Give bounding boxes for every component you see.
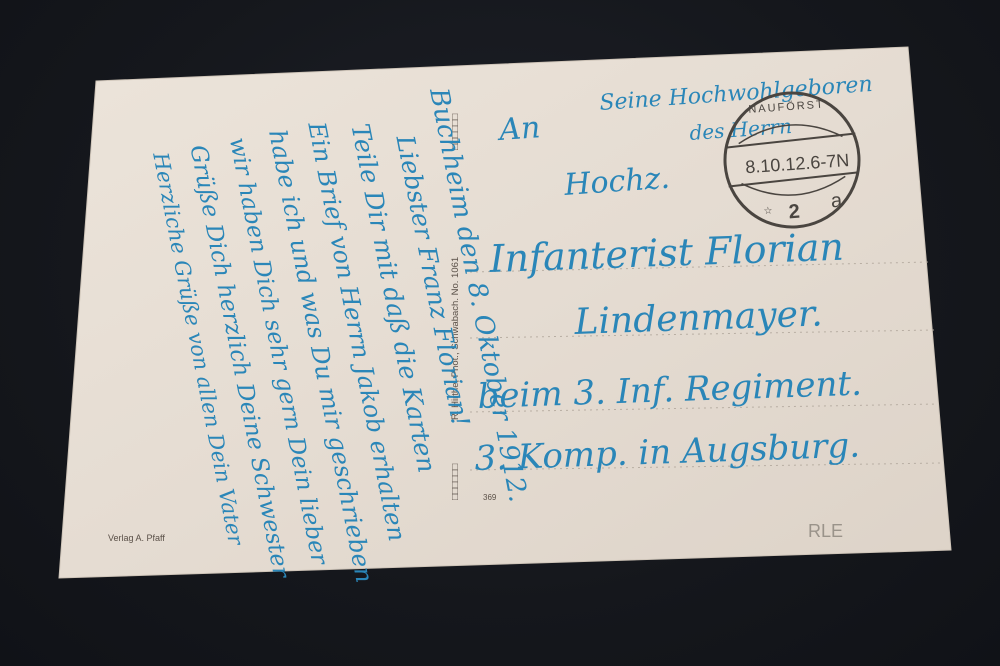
svg-text:□□□□□□: □□□□□□ <box>450 464 461 500</box>
svg-text:An: An <box>495 110 541 148</box>
pencil-note: RLE <box>808 521 843 541</box>
postmark-number: 2 <box>788 201 801 224</box>
postmark-star: ☆ <box>763 205 773 217</box>
svg-text:Lindenmayer.: Lindenmayer. <box>573 293 823 343</box>
postcard: □□□□□□ R. Hirthe, Phot., Schwabach. No. … <box>0 0 1000 666</box>
svg-text:Hochz.: Hochz. <box>562 161 671 203</box>
verlag-imprint: Verlag A. Pfaff <box>108 533 165 543</box>
card-number: 369 <box>483 493 497 502</box>
